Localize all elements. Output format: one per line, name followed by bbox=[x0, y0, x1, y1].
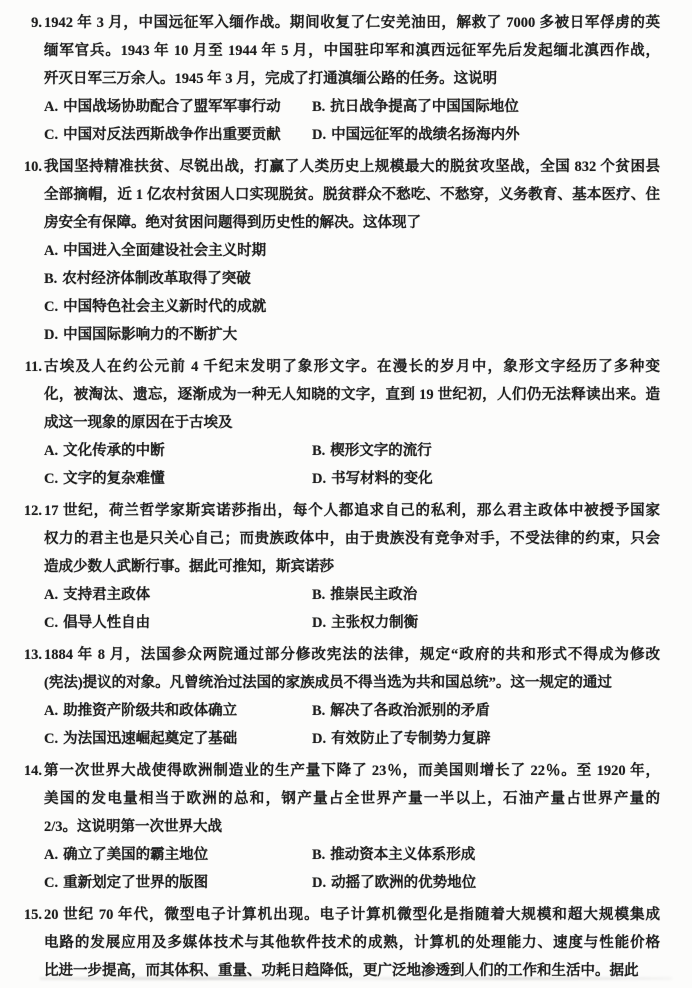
option-text: 重新划定了世界的版图 bbox=[63, 875, 208, 891]
question-body: 1942 年 3 月，中国远征军入缅作战。期间收复了仁安羌油田，解救了 7000… bbox=[44, 9, 660, 93]
answer-option: D.主张权力制衡 bbox=[312, 609, 660, 637]
question-block: 10. 我国坚持精准扶贫、尽锐出战，打赢了人类历史上规模最大的脱贫攻坚战，全国 … bbox=[0, 153, 660, 349]
option-label: A. bbox=[44, 847, 58, 863]
question-body-line: 缅军官兵。1943 年 10 月至 1944 年 5 月，中国驻印军和滇西远征军… bbox=[44, 37, 660, 65]
question-body-line: 电路的发展应用及多媒体技术与其他软件技术的成熟，计算机的处理能力、速度与性能价格 bbox=[44, 929, 660, 957]
option-text: 文化传承的中断 bbox=[63, 443, 165, 459]
question-body-line: 美国的发电量相当于欧洲的总和，钢产量占全世界产量一半以上，石油产量占世界产量的 bbox=[44, 785, 660, 813]
question-body-line: 我国坚持精准扶贫、尽锐出战，打赢了人类历史上规模最大的脱贫攻坚战，全国 832 … bbox=[44, 153, 660, 181]
option-label: C. bbox=[44, 471, 58, 487]
question-body: 我国坚持精准扶贫、尽锐出战，打赢了人类历史上规模最大的脱贫攻坚战，全国 832 … bbox=[44, 153, 660, 237]
question-body-line: 20 世纪 70 年代，微型电子计算机出现。电子计算机微型化是指随着大规模和超大… bbox=[44, 901, 660, 929]
options-list: A.助推资产阶级共和政体确立 B.解决了各政治派别的矛盾 C.为法国迅速崛起奠定… bbox=[44, 697, 660, 753]
answer-option: A.文化传承的中断 bbox=[44, 437, 312, 465]
question-body: 古埃及人在约公元前 4 千纪末发明了象形文字。在漫长的岁月中，象形文字经历了多种… bbox=[44, 353, 660, 437]
options-list: A.中国战场协助配合了盟军军事行动 B.抗日战争提高了中国国际地位 C.中国对反… bbox=[44, 93, 660, 149]
answer-option: D.书写材料的变化 bbox=[312, 465, 660, 493]
exam-paper-page: 9. 1942 年 3 月，中国远征军入缅作战。期间收复了仁安羌油田，解救了 7… bbox=[0, 0, 692, 988]
answer-option: A.确立了美国的霸主地位 bbox=[44, 841, 312, 869]
option-label: C. bbox=[44, 615, 58, 631]
question-body-line: 造成少数人武断行事。据此可推知，斯宾诺莎 bbox=[44, 553, 660, 581]
question-number: 9. bbox=[0, 9, 44, 93]
option-text: 农村经济体制改革取得了突破 bbox=[62, 271, 251, 287]
answer-option: A.助推资产阶级共和政体确立 bbox=[44, 697, 312, 725]
option-text: 楔形文字的流行 bbox=[330, 443, 432, 459]
question-block: 13. 1884 年 8 月，法国参众两院通过部分修改宪法的法律，规定“政府的共… bbox=[0, 641, 660, 753]
option-label: B. bbox=[312, 443, 325, 459]
answer-option: C.中国对反法西斯战争作出重要贡献 bbox=[44, 121, 312, 149]
answer-option: D.有效防止了专制势力复辟 bbox=[312, 725, 660, 753]
option-label: A. bbox=[44, 443, 58, 459]
question-body-line: 2/3。这说明第一次世界大战 bbox=[44, 813, 660, 841]
option-label: C. bbox=[44, 731, 58, 747]
answer-option: B.农村经济体制改革取得了突破 bbox=[44, 265, 660, 293]
answer-option: C.中国特色社会主义新时代的成就 bbox=[44, 293, 660, 321]
answer-option: C.倡导人性自由 bbox=[44, 609, 312, 637]
question-body-line: 第一次世界大战使得欧洲制造业的生产量下降了 23％，而美国则增长了 22％。至 … bbox=[44, 757, 660, 785]
option-text: 动摇了欧洲的优势地位 bbox=[331, 875, 476, 891]
question-block: 15. 20 世纪 70 年代，微型电子计算机出现。电子计算机微型化是指随着大规… bbox=[0, 901, 660, 985]
answer-option: D.动摇了欧洲的优势地位 bbox=[312, 869, 660, 897]
question-number: 14. bbox=[0, 757, 44, 841]
answer-option: C.重新划定了世界的版图 bbox=[44, 869, 312, 897]
question-number: 15. bbox=[0, 901, 44, 985]
options-list: A.确立了美国的霸主地位 B.推动资本主义体系形成 C.重新划定了世界的版图 D… bbox=[44, 841, 660, 897]
option-label: B. bbox=[312, 587, 325, 603]
question-body-line: 1942 年 3 月，中国远征军入缅作战。期间收复了仁安羌油田，解救了 7000… bbox=[44, 9, 660, 37]
option-label: D. bbox=[312, 615, 326, 631]
answer-option: C.为法国迅速崛起奠定了基础 bbox=[44, 725, 312, 753]
option-label: B. bbox=[312, 847, 325, 863]
option-text: 支持君主政体 bbox=[63, 587, 150, 603]
option-label: D. bbox=[312, 731, 326, 747]
answer-option: A.支持君主政体 bbox=[44, 581, 312, 609]
option-label: B. bbox=[312, 99, 325, 115]
answer-option: C.文字的复杂难懂 bbox=[44, 465, 312, 493]
option-text: 中国进入全面建设社会主义时期 bbox=[63, 243, 266, 259]
answer-option: B.解决了各政治派别的矛盾 bbox=[312, 697, 660, 725]
option-text: 推动资本主义体系形成 bbox=[330, 847, 475, 863]
question-body-line: 房安全有保障。绝对贫困问题得到历史性的解决。这体现了 bbox=[44, 209, 660, 237]
option-label: C. bbox=[44, 299, 58, 315]
question-body: 20 世纪 70 年代，微型电子计算机出现。电子计算机微型化是指随着大规模和超大… bbox=[44, 901, 660, 985]
option-text: 文字的复杂难懂 bbox=[63, 471, 165, 487]
option-text: 抗日战争提高了中国国际地位 bbox=[330, 99, 519, 115]
answer-option: A.中国进入全面建设社会主义时期 bbox=[44, 237, 660, 265]
option-label: A. bbox=[44, 243, 58, 259]
option-text: 倡导人性自由 bbox=[63, 615, 150, 631]
answer-option: B.抗日战争提高了中国国际地位 bbox=[312, 93, 660, 121]
question-body-line: (宪法)提议的对象。凡曾统治过法国的家族成员不得当选为共和国总统”。这一规定的通… bbox=[44, 669, 660, 697]
option-label: D. bbox=[312, 127, 326, 143]
option-label: A. bbox=[44, 587, 58, 603]
option-text: 确立了美国的霸主地位 bbox=[63, 847, 208, 863]
question-body-line: 成这一现象的原因在于古埃及 bbox=[44, 409, 660, 437]
option-text: 为法国迅速崛起奠定了基础 bbox=[63, 731, 237, 747]
answer-option: D.中国远征军的战绩名扬海内外 bbox=[312, 121, 660, 149]
option-label: D. bbox=[312, 471, 326, 487]
option-text: 有效防止了专制势力复辟 bbox=[331, 731, 491, 747]
question-body: 1884 年 8 月，法国参众两院通过部分修改宪法的法律，规定“政府的共和形式不… bbox=[44, 641, 660, 697]
question-body-line: 化，被淘汰、遗忘，逐渐成为一种无人知晓的文字，直到 19 世纪初，人们仍无法释读… bbox=[44, 381, 660, 409]
option-text: 中国特色社会主义新时代的成就 bbox=[63, 299, 266, 315]
options-list: A.支持君主政体 B.推崇民主政治 C.倡导人性自由 D.主张权力制衡 bbox=[44, 581, 660, 637]
questions-container: 9. 1942 年 3 月，中国远征军入缅作战。期间收复了仁安羌油田，解救了 7… bbox=[0, 9, 660, 985]
question-body-line: 全部摘帽，近 1 亿农村贫困人口实现脱贫。脱贫群众不愁吃、不愁穿，义务教育、基本… bbox=[44, 181, 660, 209]
option-text: 书写材料的变化 bbox=[331, 471, 433, 487]
question-body-line: 比进一步提高，而其体积、重量、功耗日趋降低，更广泛地渗透到人们的工作和生活中。据… bbox=[44, 957, 660, 985]
option-text: 中国国际影响力的不断扩大 bbox=[63, 327, 237, 343]
question-body-line: 古埃及人在约公元前 4 千纪末发明了象形文字。在漫长的岁月中，象形文字经历了多种… bbox=[44, 353, 660, 381]
question-body: 第一次世界大战使得欧洲制造业的生产量下降了 23％，而美国则增长了 22％。至 … bbox=[44, 757, 660, 841]
answer-option: A.中国战场协助配合了盟军军事行动 bbox=[44, 93, 312, 121]
option-label: A. bbox=[44, 99, 58, 115]
option-label: A. bbox=[44, 703, 58, 719]
option-text: 中国对反法西斯战争作出重要贡献 bbox=[63, 127, 281, 143]
option-label: B. bbox=[312, 703, 325, 719]
option-text: 解决了各政治派别的矛盾 bbox=[330, 703, 490, 719]
option-label: B. bbox=[44, 271, 57, 287]
question-body: 17 世纪，荷兰哲学家斯宾诺莎指出，每个人都追求自己的私利，那么君主政体中被授予… bbox=[44, 497, 660, 581]
question-number: 10. bbox=[0, 153, 44, 237]
question-body-line: 1884 年 8 月，法国参众两院通过部分修改宪法的法律，规定“政府的共和形式不… bbox=[44, 641, 660, 669]
answer-option: B.推动资本主义体系形成 bbox=[312, 841, 660, 869]
question-block: 12. 17 世纪，荷兰哲学家斯宾诺莎指出，每个人都追求自己的私利，那么君主政体… bbox=[0, 497, 660, 637]
answer-option: B.楔形文字的流行 bbox=[312, 437, 660, 465]
question-block: 14. 第一次世界大战使得欧洲制造业的生产量下降了 23％，而美国则增长了 22… bbox=[0, 757, 660, 897]
answer-option: B.推崇民主政治 bbox=[312, 581, 660, 609]
question-body-line: 歼灭日军三万余人。1945 年 3 月，完成了打通滇缅公路的任务。这说明 bbox=[44, 65, 660, 93]
question-body-line: 17 世纪，荷兰哲学家斯宾诺莎指出，每个人都追求自己的私利，那么君主政体中被授予… bbox=[44, 497, 660, 525]
answer-option: D.中国国际影响力的不断扩大 bbox=[44, 321, 660, 349]
question-number: 11. bbox=[0, 353, 44, 437]
option-text: 推崇民主政治 bbox=[330, 587, 417, 603]
option-text: 中国远征军的战绩名扬海内外 bbox=[331, 127, 520, 143]
option-label: C. bbox=[44, 127, 58, 143]
option-label: D. bbox=[44, 327, 58, 343]
question-number: 12. bbox=[0, 497, 44, 581]
question-block: 11. 古埃及人在约公元前 4 千纪末发明了象形文字。在漫长的岁月中，象形文字经… bbox=[0, 353, 660, 493]
option-text: 主张权力制衡 bbox=[331, 615, 418, 631]
question-number: 13. bbox=[0, 641, 44, 697]
question-block: 9. 1942 年 3 月，中国远征军入缅作战。期间收复了仁安羌油田，解救了 7… bbox=[0, 9, 660, 149]
option-text: 助推资产阶级共和政体确立 bbox=[63, 703, 237, 719]
option-label: C. bbox=[44, 875, 58, 891]
options-list: A.中国进入全面建设社会主义时期 B.农村经济体制改革取得了突破 C.中国特色社… bbox=[44, 237, 660, 349]
option-label: D. bbox=[312, 875, 326, 891]
question-body-line: 权力的君主也是只关心自己；而贵族政体中，由于贵族没有竞争对手，不受法律的约束，只… bbox=[44, 525, 660, 553]
options-list: A.文化传承的中断 B.楔形文字的流行 C.文字的复杂难懂 D.书写材料的变化 bbox=[44, 437, 660, 493]
option-text: 中国战场协助配合了盟军军事行动 bbox=[63, 99, 281, 115]
